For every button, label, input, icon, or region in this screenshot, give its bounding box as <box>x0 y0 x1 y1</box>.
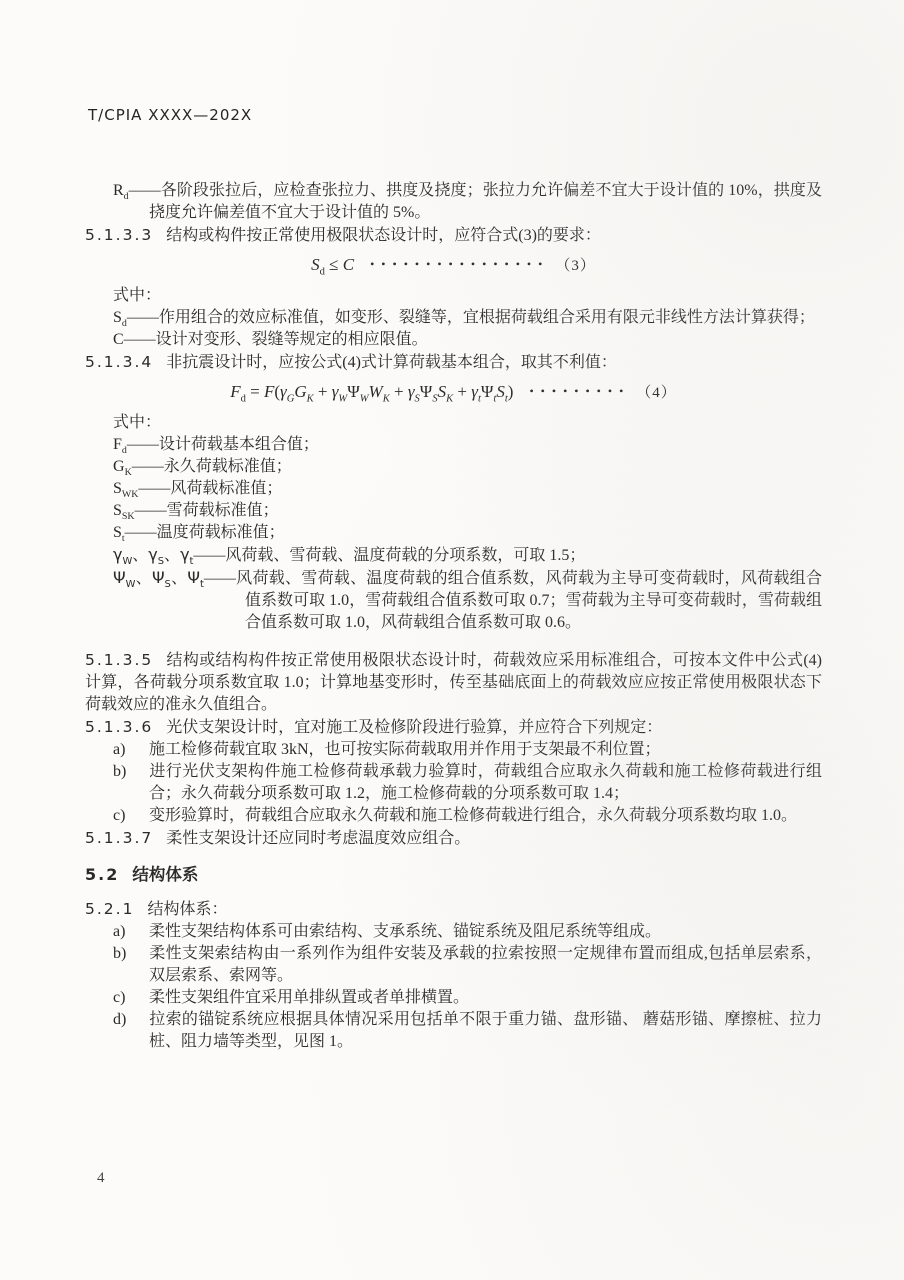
clause-5-2-1: 5.2.1结构体系： <box>85 898 822 921</box>
clause-text: 非抗震设计时，应按公式(4)式计算荷载基本组合，取其不利值： <box>166 354 617 371</box>
formula-4-dots: ••••••••• <box>529 384 630 398</box>
clause-text: 柔性支架设计还应同时考虑温度效应组合。 <box>166 830 470 847</box>
definition-c-text: ——设计对变形、裂缝等规定的相应限值。 <box>124 331 428 348</box>
symbol-gk: GK <box>113 458 132 475</box>
clause-number: 5.1.3.4 <box>85 353 153 371</box>
definition-swk-text: ——风荷载标准值； <box>138 480 282 497</box>
document-page: T/CPIA XXXX—202X Rd——各阶段张拉后，应检查张拉力、拱度及挠度… <box>0 0 904 1280</box>
list-item-c: c)变形验算时，荷载组合应取永久荷载和施工检修荷载进行组合，永久荷载分项系数均取… <box>85 805 822 827</box>
definition-psi-text: ——风荷载、雪荷载、温度荷载的组合值系数，风荷载为主导可变荷载时，风荷载组合值系… <box>204 570 822 631</box>
clause-text: 结构或构件按正常使用极限状态设计时，应符合式(3)的要求： <box>166 227 601 244</box>
definition-fd: Fd——设计荷载基本组合值； <box>85 434 822 456</box>
definition-c: C——设计对变形、裂缝等规定的相应限值。 <box>85 329 822 351</box>
section-number: 5.2 <box>85 865 119 884</box>
list-marker: c) <box>113 805 149 827</box>
list-item-text: 拉索的锚锭系统应根据具体情况采用包括单不限于重力锚、盘形锚、 蘑菇形锚、摩擦桩、… <box>149 1011 822 1050</box>
symbol-gamma-set: γW、γS、γt <box>113 545 193 564</box>
list-marker: d) <box>113 1009 149 1031</box>
list-marker: a) <box>113 739 149 761</box>
formula-4-expression: Fd = F(γGGK + γWΨWWK + γSΨSSK + γtΨtSt) <box>230 382 513 401</box>
symbol-sd: Sd <box>113 309 127 326</box>
list-item-text: 柔性支架索结构由一系列作为组件安装及承载的拉索按照一定规律布置而组成,包括单层索… <box>149 945 822 984</box>
list-item-text: 施工检修荷载宜取 3kN，也可按实际荷载取用并作用于支架最不利位置； <box>149 741 661 758</box>
page-footer: 4 <box>97 1170 105 1187</box>
page-content: Rd——各阶段张拉后，应检查张拉力、拱度及挠度；张拉力允许偏差不宜大于设计值的 … <box>85 180 822 1053</box>
list-item-a: a)柔性支架结构体系可由索结构、支承系统、锚锭系统及阻尼系统等组成。 <box>85 921 822 943</box>
definition-rd: Rd——各阶段张拉后，应检查张拉力、拱度及挠度；张拉力允许偏差不宜大于设计值的 … <box>85 180 822 224</box>
section-heading-5-2: 5.2结构体系 <box>85 864 822 886</box>
list-item-b: b)柔性支架索结构由一系列作为组件安装及承载的拉索按照一定规律布置而组成,包括单… <box>85 943 822 987</box>
standard-number: T/CPIA XXXX—202X <box>88 106 252 124</box>
section-title: 结构体系 <box>132 865 198 884</box>
symbol-rd: Rd <box>113 182 129 199</box>
clause-number: 5.1.3.5 <box>85 651 153 669</box>
clause-number: 5.1.3.6 <box>85 718 153 736</box>
definition-st-text: ——温度荷载标准值； <box>125 524 285 541</box>
clause-number: 5.1.3.7 <box>85 829 153 847</box>
definition-gamma: γW、γS、γt——风荷载、雪荷载、温度荷载的分项系数，可取 1.5； <box>85 544 822 567</box>
clause-5-1-3-3: 5.1.3.3结构或构件按正常使用极限状态设计时，应符合式(3)的要求： <box>85 224 822 247</box>
page-number: 4 <box>97 1170 105 1186</box>
definition-gamma-text: ——风荷载、雪荷载、温度荷载的分项系数，可取 1.5； <box>193 547 585 564</box>
list-item-d: d)拉索的锚锭系统应根据具体情况采用包括单不限于重力锚、盘形锚、 蘑菇形锚、摩擦… <box>85 1009 822 1053</box>
list-item-text: 变形验算时，荷载组合应取永久荷载和施工检修荷载进行组合，永久荷载分项系数均取 1… <box>149 807 797 824</box>
formula-3-dots: •••••••••••••••• <box>370 257 549 271</box>
list-marker: c) <box>113 987 149 1009</box>
symbol-swk: SWK <box>113 480 138 497</box>
clause-text: 结构体系： <box>147 901 227 918</box>
formula-3-expression: Sd ≤ C <box>311 255 354 274</box>
clause-5-1-3-4: 5.1.3.4非抗震设计时，应按公式(4)式计算荷载基本组合，取其不利值： <box>85 351 822 374</box>
clause-5-1-3-6: 5.1.3.6光伏支架设计时，宜对施工及检修阶段进行验算，并应符合下列规定： <box>85 716 822 739</box>
symbol-ssk: SSK <box>113 502 135 519</box>
list-marker: b) <box>113 943 149 965</box>
clause-5-1-3-5: 5.1.3.5结构或结构构件按正常使用极限状态设计时，荷载效应采用标准组合，可按… <box>85 649 822 716</box>
clause-text: 结构或结构构件按正常使用极限状态设计时，荷载效应采用标准组合，可按本文件中公式(… <box>85 652 822 713</box>
where-label-2: 式中： <box>85 412 822 434</box>
formula-3-number: （3） <box>555 258 596 274</box>
list-item-b: b)进行光伏支架构件施工检修荷载承载力验算时，荷载组合应取永久荷载和施工检修荷载… <box>85 761 822 805</box>
definition-sd-text: ——作用组合的效应标准值，如变形、裂缝等，宜根据荷载组合采用有限元非线性方法计算… <box>127 309 815 326</box>
definition-psi: ΨW、ΨS、Ψt——风荷载、雪荷载、温度荷载的组合值系数，风荷载为主导可变荷载时… <box>85 567 822 634</box>
definition-ssk-text: ——雪荷载标准值； <box>135 502 279 519</box>
definition-sd: Sd——作用组合的效应标准值，如变形、裂缝等，宜根据荷载组合采用有限元非线性方法… <box>85 307 822 329</box>
list-item-text: 进行光伏支架构件施工检修荷载承载力验算时，荷载组合应取永久荷载和施工检修荷载进行… <box>149 763 822 802</box>
formula-4-number: （4） <box>636 385 677 401</box>
list-item-c: c)柔性支架组件宜采用单排纵置或者单排横置。 <box>85 987 822 1009</box>
doc-header: T/CPIA XXXX—202X <box>88 106 252 124</box>
symbol-c: C <box>113 331 124 348</box>
list-marker: b) <box>113 761 149 783</box>
formula-3: Sd ≤ C••••••••••••••••（3） <box>85 251 822 279</box>
formula-4: Fd = F(γGGK + γWΨWWK + γSΨSSK + γtΨtSt)•… <box>85 378 822 406</box>
definition-gk: GK——永久荷载标准值； <box>85 456 822 478</box>
clause-text: 光伏支架设计时，宜对施工及检修阶段进行验算，并应符合下列规定： <box>166 719 662 736</box>
where-label-1: 式中： <box>85 285 822 307</box>
clause-5-1-3-7: 5.1.3.7柔性支架设计还应同时考虑温度效应组合。 <box>85 827 822 850</box>
list-item-a: a)施工检修荷载宜取 3kN，也可按实际荷载取用并作用于支架最不利位置； <box>85 739 822 761</box>
list-item-text: 柔性支架结构体系可由索结构、支承系统、锚锭系统及阻尼系统等组成。 <box>149 923 661 940</box>
definition-ssk: SSK——雪荷载标准值； <box>85 500 822 522</box>
symbol-psi-set: ΨW、ΨS、Ψt <box>113 568 204 587</box>
clause-number: 5.1.3.3 <box>85 226 153 244</box>
symbol-st: St <box>113 524 125 541</box>
definition-swk: SWK——风荷载标准值； <box>85 478 822 500</box>
symbol-fd: Fd <box>113 436 127 453</box>
definition-st: St——温度荷载标准值； <box>85 522 822 544</box>
definition-gk-text: ——永久荷载标准值； <box>132 458 292 475</box>
list-marker: a) <box>113 921 149 943</box>
list-item-text: 柔性支架组件宜采用单排纵置或者单排横置。 <box>149 989 469 1006</box>
clause-number: 5.2.1 <box>85 900 134 918</box>
definition-rd-text: ——各阶段张拉后，应检查张拉力、拱度及挠度；张拉力允许偏差不宜大于设计值的 10… <box>129 182 822 221</box>
definition-fd-text: ——设计荷载基本组合值； <box>127 436 319 453</box>
